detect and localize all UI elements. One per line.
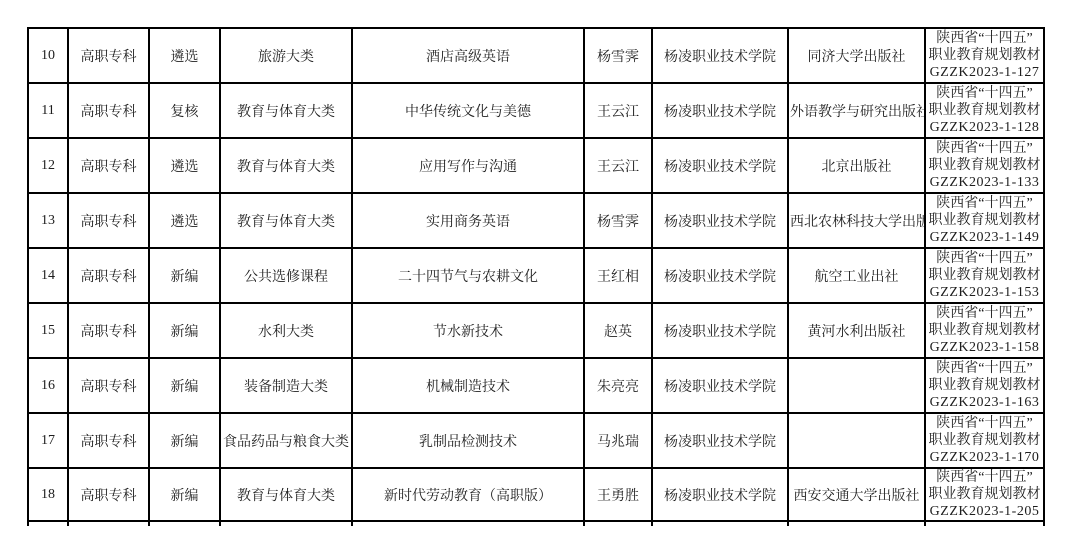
award-line-1: 陕西省“十四五” xyxy=(927,360,1042,377)
cell-education-level: 高职专科 xyxy=(68,303,149,358)
cell-subject-category: 教育与体育大类 xyxy=(220,83,352,138)
cell-selection-type: 新编 xyxy=(149,468,220,521)
cell-subject-category: 食品药品与粮食大类 xyxy=(220,413,352,468)
cell-subject-category: 教育与体育大类 xyxy=(220,138,352,193)
cell-selection-type: 遴选 xyxy=(149,193,220,248)
cell-row-number: 18 xyxy=(28,468,68,521)
award-line-1: 陕西省“十四五” xyxy=(927,305,1042,322)
award-line-1: 陕西省“十四五” xyxy=(927,250,1042,267)
cell-education-level: 高职专科 xyxy=(68,28,149,83)
cell-education-level: 高职专科 xyxy=(68,138,149,193)
grid-line-stub xyxy=(352,521,584,526)
cell-row-number: 12 xyxy=(28,138,68,193)
grid-line-stub xyxy=(149,521,220,526)
cell-publisher: 航空工业出社 xyxy=(788,248,925,303)
cell-publisher: 西安交通大学出版社 xyxy=(788,468,925,521)
award-code: GZZK2023-1-149 xyxy=(927,229,1042,246)
cell-award-designation: 陕西省“十四五”职业教育规划教材GZZK2023-1-163 xyxy=(925,358,1044,413)
cell-selection-type: 新编 xyxy=(149,303,220,358)
cell-row-number: 15 xyxy=(28,303,68,358)
cell-award-designation: 陕西省“十四五”职业教育规划教材GZZK2023-1-128 xyxy=(925,83,1044,138)
cell-book-title: 新时代劳动教育（高职版） xyxy=(352,468,584,521)
award-code: GZZK2023-1-163 xyxy=(927,394,1042,411)
table-row: 16高职专科新编装备制造大类机械制造技术朱亮亮杨凌职业技术学院陕西省“十四五”职… xyxy=(28,358,1044,413)
textbook-plan-table: 10高职专科遴选旅游大类酒店高级英语杨雪霁杨凌职业技术学院同济大学出版社陕西省“… xyxy=(27,27,1045,526)
grid-line-stub xyxy=(220,521,352,526)
cell-award-designation: 陕西省“十四五”职业教育规划教材GZZK2023-1-205 xyxy=(925,468,1044,521)
cell-school: 杨凌职业技术学院 xyxy=(652,28,788,83)
cell-subject-category: 水利大类 xyxy=(220,303,352,358)
cell-author: 马兆瑞 xyxy=(584,413,652,468)
cell-school: 杨凌职业技术学院 xyxy=(652,468,788,521)
grid-line-stub xyxy=(788,521,925,526)
cell-author: 杨雪霁 xyxy=(584,28,652,83)
award-code: GZZK2023-1-158 xyxy=(927,339,1042,356)
cell-subject-category: 旅游大类 xyxy=(220,28,352,83)
cell-row-number: 10 xyxy=(28,28,68,83)
table-row: 13高职专科遴选教育与体育大类实用商务英语杨雪霁杨凌职业技术学院西北农林科技大学… xyxy=(28,193,1044,248)
cell-book-title: 乳制品检测技术 xyxy=(352,413,584,468)
cell-author: 赵英 xyxy=(584,303,652,358)
cell-subject-category: 公共选修课程 xyxy=(220,248,352,303)
grid-line-stub-row xyxy=(28,521,1044,526)
table-row: 10高职专科遴选旅游大类酒店高级英语杨雪霁杨凌职业技术学院同济大学出版社陕西省“… xyxy=(28,28,1044,83)
award-code: GZZK2023-1-127 xyxy=(927,64,1042,81)
cell-row-number: 14 xyxy=(28,248,68,303)
cell-publisher: 北京出版社 xyxy=(788,138,925,193)
cell-subject-category: 教育与体育大类 xyxy=(220,193,352,248)
cell-book-title: 机械制造技术 xyxy=(352,358,584,413)
cell-subject-category: 装备制造大类 xyxy=(220,358,352,413)
cell-row-number: 17 xyxy=(28,413,68,468)
cell-row-number: 13 xyxy=(28,193,68,248)
cell-award-designation: 陕西省“十四五”职业教育规划教材GZZK2023-1-149 xyxy=(925,193,1044,248)
cell-book-title: 实用商务英语 xyxy=(352,193,584,248)
cell-subject-category: 教育与体育大类 xyxy=(220,468,352,521)
cell-publisher: 外语教学与研究出版社 xyxy=(788,83,925,138)
cell-school: 杨凌职业技术学院 xyxy=(652,358,788,413)
cell-school: 杨凌职业技术学院 xyxy=(652,193,788,248)
cell-award-designation: 陕西省“十四五”职业教育规划教材GZZK2023-1-153 xyxy=(925,248,1044,303)
cell-author: 王云江 xyxy=(584,83,652,138)
award-line-2: 职业教育规划教材 xyxy=(927,432,1042,449)
cell-publisher: 同济大学出版社 xyxy=(788,28,925,83)
award-line-2: 职业教育规划教材 xyxy=(927,212,1042,229)
table-row: 15高职专科新编水利大类节水新技术赵英杨凌职业技术学院黄河水利出版社陕西省“十四… xyxy=(28,303,1044,358)
award-line-2: 职业教育规划教材 xyxy=(927,377,1042,394)
grid-line-stub xyxy=(68,521,149,526)
award-code: GZZK2023-1-133 xyxy=(927,174,1042,191)
award-line-1: 陕西省“十四五” xyxy=(927,469,1042,486)
cell-school: 杨凌职业技术学院 xyxy=(652,413,788,468)
cell-selection-type: 复核 xyxy=(149,83,220,138)
table-row: 11高职专科复核教育与体育大类中华传统文化与美德王云江杨凌职业技术学院外语教学与… xyxy=(28,83,1044,138)
cell-selection-type: 遴选 xyxy=(149,28,220,83)
cell-publisher xyxy=(788,413,925,468)
grid-line-stub xyxy=(652,521,788,526)
award-line-1: 陕西省“十四五” xyxy=(927,415,1042,432)
cell-publisher xyxy=(788,358,925,413)
table-row: 14高职专科新编公共选修课程二十四节气与农耕文化王红相杨凌职业技术学院航空工业出… xyxy=(28,248,1044,303)
cell-publisher: 黄河水利出版社 xyxy=(788,303,925,358)
cell-award-designation: 陕西省“十四五”职业教育规划教材GZZK2023-1-158 xyxy=(925,303,1044,358)
cell-education-level: 高职专科 xyxy=(68,248,149,303)
cell-selection-type: 新编 xyxy=(149,358,220,413)
award-code: GZZK2023-1-205 xyxy=(927,503,1042,520)
cell-book-title: 节水新技术 xyxy=(352,303,584,358)
award-code: GZZK2023-1-128 xyxy=(927,119,1042,136)
cell-school: 杨凌职业技术学院 xyxy=(652,303,788,358)
cell-school: 杨凌职业技术学院 xyxy=(652,83,788,138)
document-page: 10高职专科遴选旅游大类酒店高级英语杨雪霁杨凌职业技术学院同济大学出版社陕西省“… xyxy=(0,0,1078,534)
cell-education-level: 高职专科 xyxy=(68,193,149,248)
cell-school: 杨凌职业技术学院 xyxy=(652,248,788,303)
cell-school: 杨凌职业技术学院 xyxy=(652,138,788,193)
grid-line-stub xyxy=(28,521,68,526)
award-code: GZZK2023-1-153 xyxy=(927,284,1042,301)
cell-book-title: 应用写作与沟通 xyxy=(352,138,584,193)
cell-row-number: 11 xyxy=(28,83,68,138)
cell-education-level: 高职专科 xyxy=(68,358,149,413)
cell-education-level: 高职专科 xyxy=(68,413,149,468)
cell-award-designation: 陕西省“十四五”职业教育规划教材GZZK2023-1-133 xyxy=(925,138,1044,193)
cell-selection-type: 新编 xyxy=(149,413,220,468)
cell-education-level: 高职专科 xyxy=(68,83,149,138)
award-code: GZZK2023-1-170 xyxy=(927,449,1042,466)
award-line-2: 职业教育规划教材 xyxy=(927,322,1042,339)
cell-author: 王红相 xyxy=(584,248,652,303)
award-line-2: 职业教育规划教材 xyxy=(927,102,1042,119)
cell-row-number: 16 xyxy=(28,358,68,413)
cell-education-level: 高职专科 xyxy=(68,468,149,521)
award-line-2: 职业教育规划教材 xyxy=(927,157,1042,174)
award-line-1: 陕西省“十四五” xyxy=(927,140,1042,157)
table-row: 17高职专科新编食品药品与粮食大类乳制品检测技术马兆瑞杨凌职业技术学院陕西省“十… xyxy=(28,413,1044,468)
cell-publisher: 西北农林科技大学出版社 xyxy=(788,193,925,248)
grid-line-stub xyxy=(925,521,1044,526)
table-row: 12高职专科遴选教育与体育大类应用写作与沟通王云江杨凌职业技术学院北京出版社陕西… xyxy=(28,138,1044,193)
cell-selection-type: 新编 xyxy=(149,248,220,303)
cell-book-title: 酒店高级英语 xyxy=(352,28,584,83)
grid-line-stub xyxy=(584,521,652,526)
award-line-1: 陕西省“十四五” xyxy=(927,195,1042,212)
cell-author: 朱亮亮 xyxy=(584,358,652,413)
award-line-2: 职业教育规划教材 xyxy=(927,267,1042,284)
award-line-2: 职业教育规划教材 xyxy=(927,486,1042,503)
cell-author: 杨雪霁 xyxy=(584,193,652,248)
cell-award-designation: 陕西省“十四五”职业教育规划教材GZZK2023-1-170 xyxy=(925,413,1044,468)
table-row: 18高职专科新编教育与体育大类新时代劳动教育（高职版）王勇胜杨凌职业技术学院西安… xyxy=(28,468,1044,521)
award-line-2: 职业教育规划教材 xyxy=(927,47,1042,64)
cell-award-designation: 陕西省“十四五”职业教育规划教材GZZK2023-1-127 xyxy=(925,28,1044,83)
award-line-1: 陕西省“十四五” xyxy=(927,85,1042,102)
cell-author: 王云江 xyxy=(584,138,652,193)
cell-book-title: 二十四节气与农耕文化 xyxy=(352,248,584,303)
cell-author: 王勇胜 xyxy=(584,468,652,521)
cell-selection-type: 遴选 xyxy=(149,138,220,193)
award-line-1: 陕西省“十四五” xyxy=(927,30,1042,47)
cell-book-title: 中华传统文化与美德 xyxy=(352,83,584,138)
